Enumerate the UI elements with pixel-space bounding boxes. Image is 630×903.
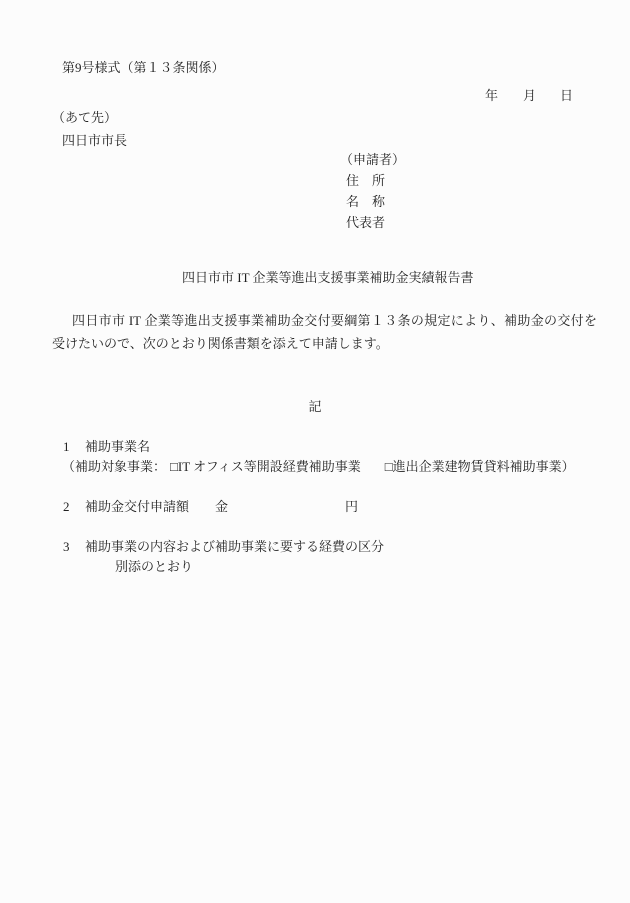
item1-row: 1補助事業名 [55,439,150,454]
year-label: 年 [485,88,498,103]
item1-label: 補助事業名 [85,439,150,454]
item1-subline: （補助対象事業：□IT オフィス等開設経費補助事業□進出企業建物賃貸料補助事業） [62,459,575,474]
checkbox-it-office-subsidy[interactable]: □ [170,459,178,474]
item2-row: 2補助金交付申請額金円 [55,499,358,514]
date-line: 年月日 [485,88,573,103]
item3-row: 3補助事業の内容および補助事業に要する経費の区分 [55,539,384,554]
addressee-note: （あて先） [52,110,117,125]
document-page: 第9号様式（第１３条関係） 年月日 （あて先） 四日市市長 （申請者） 住 所 … [0,0,630,903]
applicant-name-label: 名 称 [346,194,385,209]
body-paragraph: 四日市市 IT 企業等進出支援事業補助金交付要綱第１３条の規定により、補助金の交… [52,309,597,355]
applicant-representative-label: 代表者 [346,215,385,230]
item2-label: 補助金交付申請額 [85,499,189,514]
checkbox-building-rent-subsidy[interactable]: □ [385,459,393,474]
item3-subline: 別添のとおり [115,559,193,574]
list-marker-ki: 記 [0,399,630,414]
item3-number: 3 [63,539,85,554]
subsidy-target-prefix: （補助対象事業： [62,459,166,474]
option-building-rent-subsidy-label: 進出企業建物賃貸料補助事業） [393,459,575,474]
currency-suffix: 円 [345,499,358,514]
applicant-label: （申請者） [340,152,405,167]
document-title: 四日市市 IT 企業等進出支援事業補助金実績報告書 [182,270,474,285]
day-label: 日 [560,88,573,103]
form-number: 第9号様式（第１３条関係） [62,60,225,75]
month-label: 月 [523,88,536,103]
item1-number: 1 [63,439,85,454]
currency-prefix: 金 [215,499,228,514]
item2-number: 2 [63,499,85,514]
applicant-address-label: 住 所 [346,173,385,188]
item3-label: 補助事業の内容および補助事業に要する経費の区分 [85,539,384,554]
addressee-mayor: 四日市市長 [62,133,127,148]
option-it-office-subsidy-label: IT オフィス等開設経費補助事業 [178,459,361,474]
